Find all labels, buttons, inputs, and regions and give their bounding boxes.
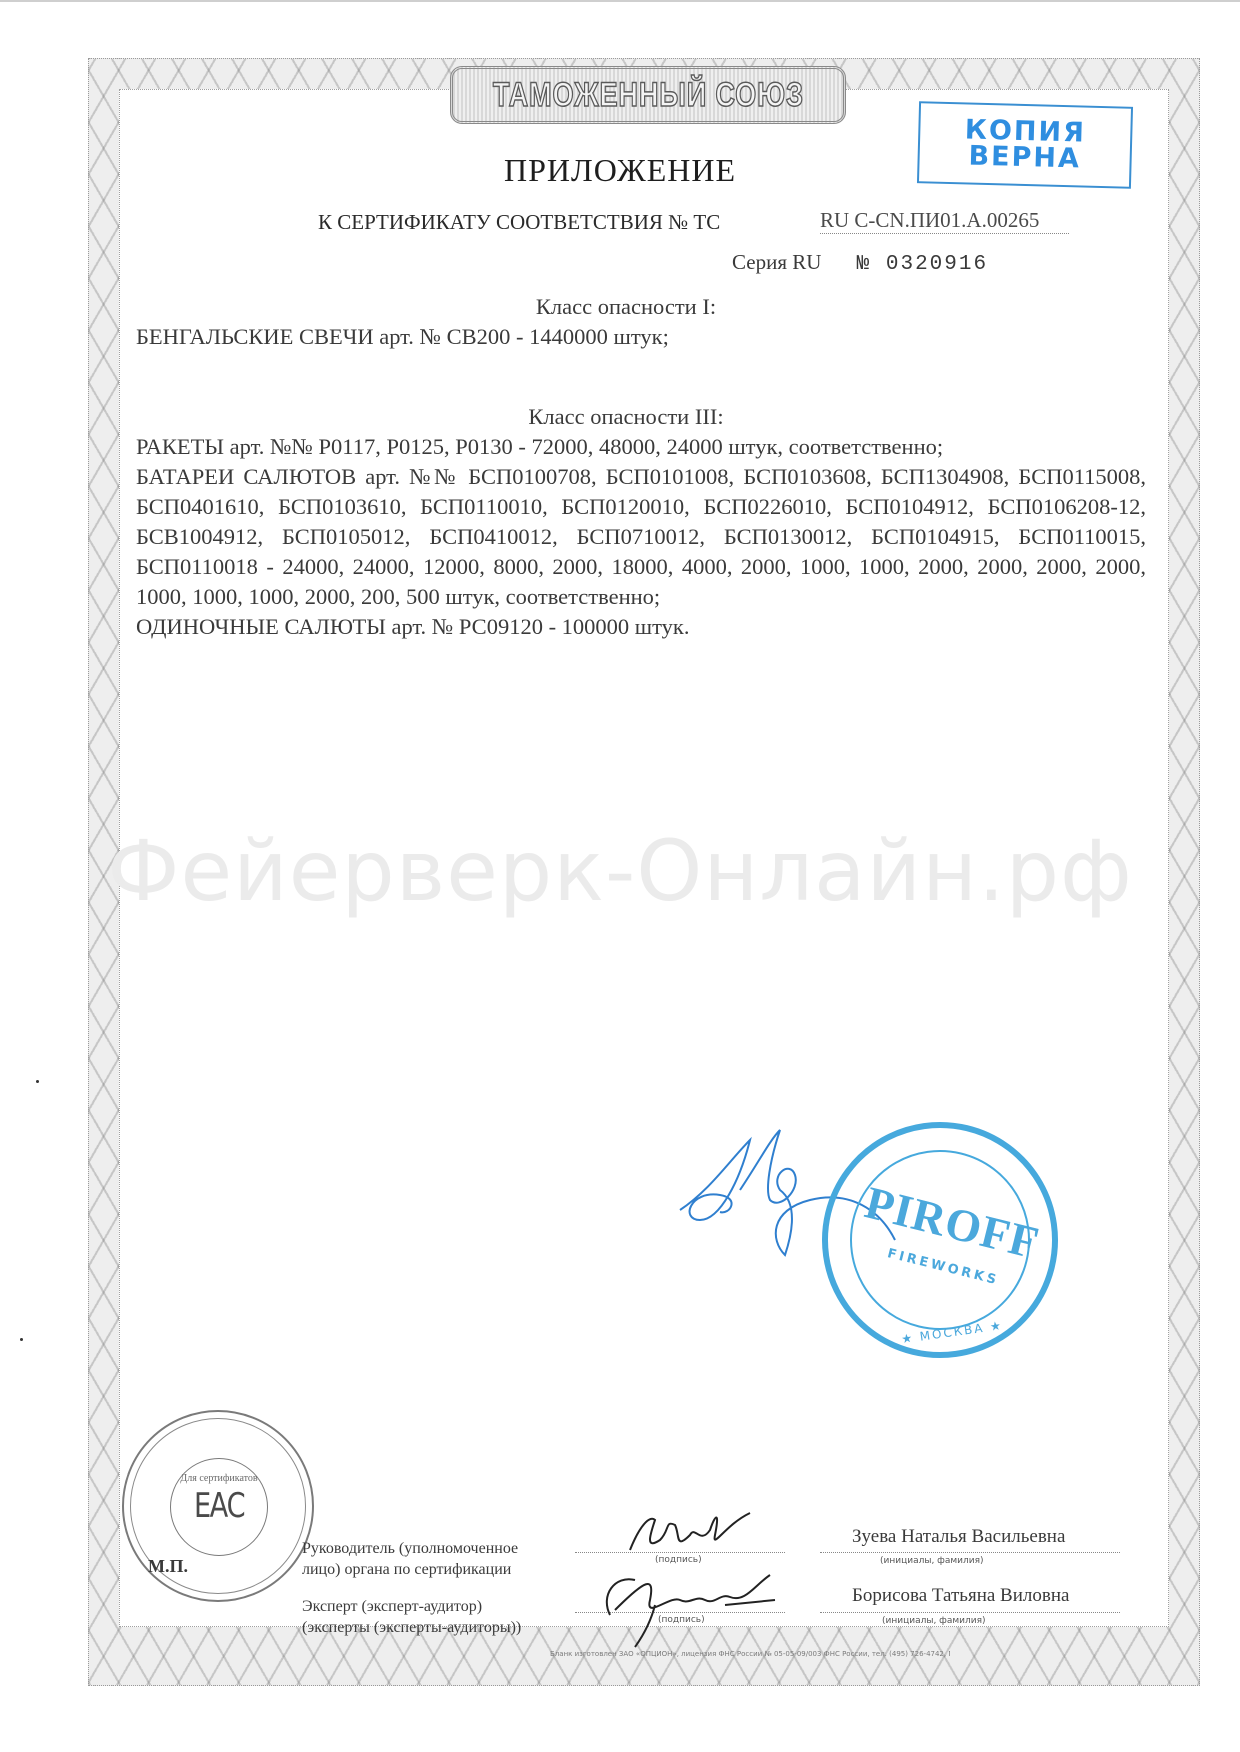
- certificate-number: RU C-CN.ПИ01.А.00265: [820, 208, 1069, 234]
- site-watermark: Фейерверк-Онлайн.рф: [0, 822, 1240, 920]
- seal-inner-circle: Для сертификатов ЕАС: [170, 1458, 268, 1556]
- expert-signature-icon: [595, 1565, 785, 1650]
- expert-role-label: Эксперт (эксперт-аудитор) (эксперты (экс…: [302, 1596, 521, 1638]
- document-title: ПРИЛОЖЕНИЕ: [0, 152, 1240, 189]
- product-item: БАТАРЕИ САЛЮТОВ арт. №№ БСП0100708, БСП0…: [136, 462, 1146, 612]
- expert-role-line2: (эксперты (эксперты-аудиторы)): [302, 1617, 521, 1638]
- hazard-class-heading: Класс опасности I:: [136, 292, 1146, 322]
- head-role-line1: Руководитель (уполномоченное: [302, 1538, 518, 1559]
- banner-text: ТАМОЖЕННЫЙ СОЮЗ: [493, 76, 804, 115]
- head-role-label: Руководитель (уполномоченное лицо) орган…: [302, 1538, 518, 1580]
- series-label: Серия RU: [732, 250, 821, 274]
- scan-speck: [36, 1080, 39, 1083]
- series-number: № 0320916: [857, 253, 988, 276]
- expert-role-line1: Эксперт (эксперт-аудитор): [302, 1596, 521, 1617]
- seal-place-label: М.П.: [148, 1556, 188, 1577]
- head-role-line2: лицо) органа по сертификации: [302, 1559, 518, 1580]
- head-name-line: [820, 1552, 1120, 1553]
- product-item: РАКЕТЫ арт. №№ Р0117, Р0125, Р0130 - 720…: [136, 432, 1146, 462]
- product-item: ОДИНОЧНЫЕ САЛЮТЫ арт. № РС09120 - 100000…: [136, 612, 1146, 642]
- seal-inner-text: Для сертификатов: [171, 1473, 267, 1484]
- hazard-class-3-section: Класс опасности III: РАКЕТЫ арт. №№ Р011…: [136, 402, 1146, 642]
- expert-name: Борисова Татьяна Виловна: [852, 1585, 1069, 1607]
- customs-union-banner: ТАМОЖЕННЫЙ СОЮЗ: [450, 66, 846, 124]
- certificate-label: К СЕРТИФИКАТУ СООТВЕТСТВИЯ № ТС: [318, 210, 720, 235]
- form-print-info: Бланк изготовлен ЗАО «ОПЦИОН», лицензия …: [550, 1650, 950, 1658]
- head-signature-icon: [620, 1505, 760, 1560]
- hazard-class-heading: Класс опасности III:: [136, 402, 1146, 432]
- head-name: Зуева Наталья Васильевна: [852, 1526, 1065, 1548]
- eac-logo-icon: ЕАС: [181, 1486, 258, 1526]
- product-item: БЕНГАЛЬСКИЕ СВЕЧИ арт. № СВ200 - 1440000…: [136, 322, 1146, 352]
- head-name-hint: (инициалы, фамилия): [880, 1556, 984, 1566]
- expert-name-line: [820, 1612, 1120, 1613]
- seal-city: ★ МОСКВА ★: [900, 1318, 1003, 1346]
- hazard-class-1-section: Класс опасности I: БЕНГАЛЬСКИЕ СВЕЧИ арт…: [136, 292, 1146, 352]
- scan-speck: [20, 1338, 23, 1341]
- expert-name-hint: (инициалы, фамилия): [882, 1616, 986, 1626]
- series-line: Серия RU № 0320916: [732, 250, 988, 276]
- scan-edge-line: [0, 0, 1240, 2]
